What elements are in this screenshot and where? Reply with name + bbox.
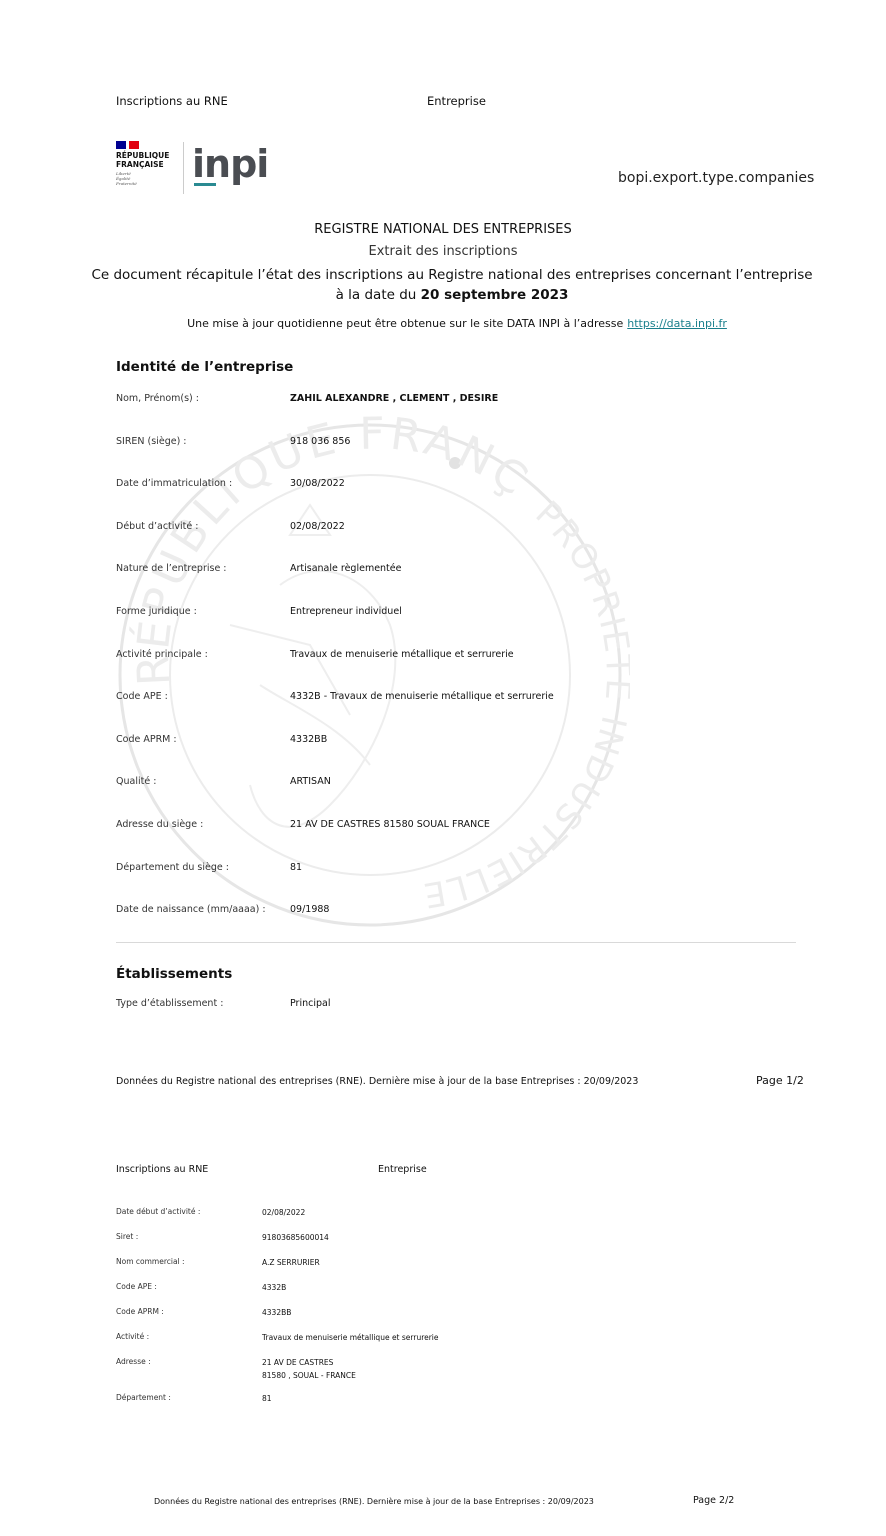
identity-row-label: Date de naissance (mm/aaaa) : — [116, 904, 266, 915]
establishment-detail-value: A.Z SERRURIER — [262, 1257, 320, 1270]
extract-date: 20 septembre 2023 — [421, 287, 569, 303]
identity-row-value: ZAHIL ALEXANDRE , CLEMENT , DESIRE — [290, 393, 498, 404]
inpi-logo-text: inpi — [192, 145, 268, 183]
svg-text:RÉPUBLIQUE FRANÇAISE: RÉPUBLIQUE FRANÇAISE — [110, 385, 539, 687]
identity-row-label: SIREN (siège) : — [116, 436, 187, 447]
identity-row-label: Début d’activité : — [116, 521, 198, 532]
establishment-detail-value: Travaux de menuiserie métallique et serr… — [262, 1332, 439, 1345]
establishment-detail-label: Date début d’activité : — [116, 1207, 200, 1216]
identity-row-label: Département du siège : — [116, 862, 229, 873]
establishment-detail-label: Activité : — [116, 1332, 149, 1341]
identity-row-label: Nature de l’entreprise : — [116, 563, 227, 574]
establishment-detail-label: Nom commercial : — [116, 1257, 185, 1266]
page2-header-left-label: Inscriptions au RNE — [116, 1164, 208, 1175]
section-divider — [116, 942, 796, 943]
identity-row-value: 02/08/2022 — [290, 521, 345, 532]
identity-row-value: 21 AV DE CASTRES 81580 SOUAL FRANCE — [290, 819, 490, 830]
identity-row-value: Entrepreneur individuel — [290, 606, 402, 617]
establishment-detail-value: 02/08/2022 — [262, 1207, 305, 1220]
establishments-section-title: Établissements — [116, 966, 232, 982]
page2-footer: Données du Registre national des entrepr… — [154, 1497, 594, 1506]
republique-inpi-logo: RÉPUBLIQUE FRANÇAISE Liberté Égalité Fra… — [116, 141, 169, 186]
republic-motto: Liberté Égalité Fraternité — [116, 171, 169, 186]
data-inpi-link[interactable]: https://data.inpi.fr — [627, 317, 727, 330]
identity-row-value: 4332BB — [290, 734, 327, 745]
identity-row-label: Nom, Prénom(s) : — [116, 393, 199, 404]
document-title: REGISTRE NATIONAL DES ENTREPRISES — [0, 222, 886, 237]
document-intro: Ce document récapitule l’état des inscri… — [0, 265, 886, 305]
identity-row-value: Travaux de menuiserie métallique et serr… — [290, 649, 514, 660]
identity-row-label: Activité principale : — [116, 649, 208, 660]
establishment-detail-label: Siret : — [116, 1232, 138, 1241]
inpi-logo-accent-bar — [194, 183, 216, 186]
identity-row-label: Code APE : — [116, 691, 168, 702]
establishment-detail-label: Code APRM : — [116, 1307, 164, 1316]
identity-row-value: 918 036 856 — [290, 436, 350, 447]
french-flag-icon — [116, 141, 169, 149]
page1-footer: Données du Registre national des entrepr… — [116, 1076, 638, 1087]
logo-separator — [183, 142, 184, 194]
identity-section-title: Identité de l’entreprise — [116, 359, 293, 375]
page2-number: Page 2/2 — [693, 1495, 734, 1506]
identity-row-label: Code APRM : — [116, 734, 177, 745]
identity-row-value: Artisanale règlementée — [290, 563, 401, 574]
identity-row-value: 09/1988 — [290, 904, 329, 915]
identity-row-label: Adresse du siège : — [116, 819, 203, 830]
republique-francaise-label: RÉPUBLIQUE FRANÇAISE — [116, 151, 169, 169]
establishment-detail-value: 91803685600014 — [262, 1232, 329, 1245]
document-subtitle: Extrait des inscriptions — [0, 244, 886, 259]
establishment-detail-label: Code APE : — [116, 1282, 157, 1291]
establishment-detail-value: 81 — [262, 1393, 272, 1406]
page1-number: Page 1/2 — [756, 1074, 804, 1087]
identity-row-value: ARTISAN — [290, 776, 331, 787]
update-notice: Une mise à jour quotidienne peut être ob… — [0, 317, 886, 330]
identity-row-label: Qualité : — [116, 776, 156, 787]
identity-row-value: 4332B - Travaux de menuiserie métallique… — [290, 691, 554, 702]
establishment-detail-value: 4332B — [262, 1282, 286, 1295]
establishment-detail-label: Adresse : — [116, 1357, 151, 1366]
export-type-label: bopi.export.type.companies — [618, 170, 814, 186]
identity-row-value: 30/08/2022 — [290, 478, 345, 489]
establishment-detail-label: Département : — [116, 1393, 171, 1402]
header-center-label: Entreprise — [427, 94, 486, 108]
page2-header-center-label: Entreprise — [378, 1164, 427, 1175]
identity-row-value: 81 — [290, 862, 302, 873]
establishment-detail-value: 21 AV DE CASTRES81580 , SOUAL - FRANCE — [262, 1357, 356, 1382]
header-left-label: Inscriptions au RNE — [116, 94, 228, 108]
svg-text:PROPRIÉTÉ INDUSTRIELLE: PROPRIÉTÉ INDUSTRIELLE — [414, 482, 630, 940]
identity-row-label: Date d’immatriculation : — [116, 478, 232, 489]
identity-row-label: Forme juridique : — [116, 606, 197, 617]
establishment-detail-value: 4332BB — [262, 1307, 291, 1320]
